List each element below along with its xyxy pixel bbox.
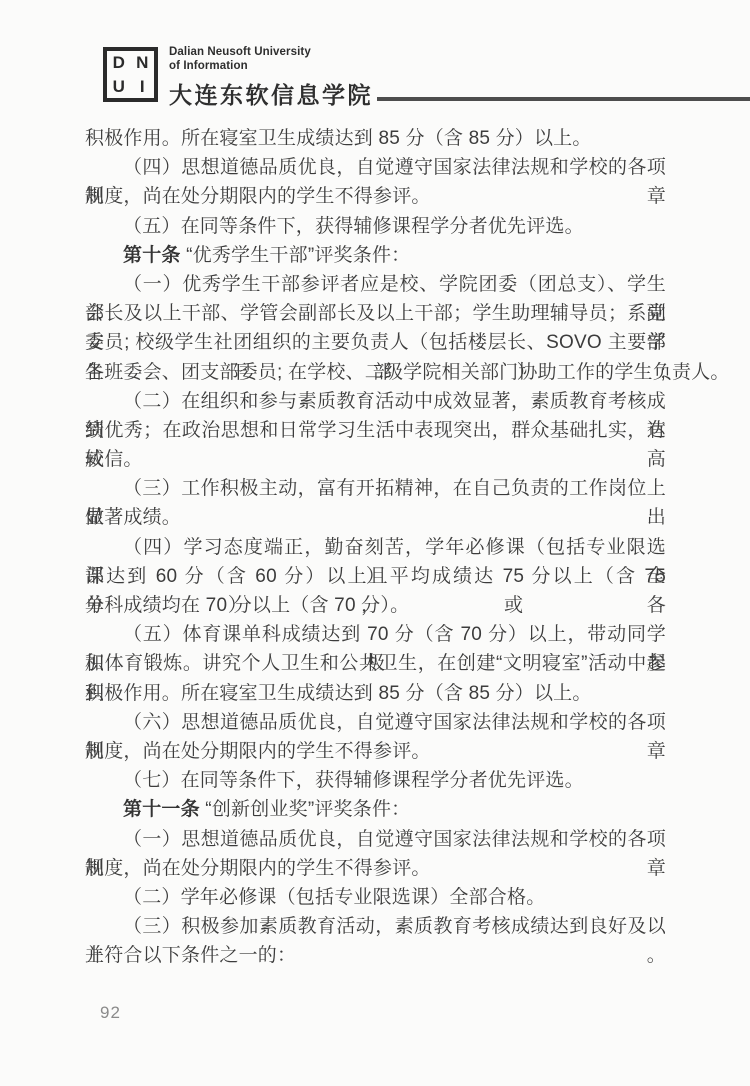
article-number-bold: 第十一条 [123,799,200,820]
text-line: （五）体育课单科成绩达到 70 分（含 70 分）以上，带动同学积极参 [85,620,666,649]
text-line: （三）积极参加素质教育活动，素质教育考核成绩达到良好及以上。 [85,912,666,941]
page-header: D N U I Dalian Neusoft University of Inf… [0,0,750,110]
text-line: 委员; 校级学生社团组织的主要负责人（包括楼层长、SOVO 主要学生干部）; [85,328,666,357]
text-line: （二）学年必修课（包括专业限选课）全部合格。 [85,883,666,912]
text-line: （二）在组织和参与素质教育活动中成效显著，素质教育考核成绩达 [85,387,666,416]
logo-letter: U [113,78,125,95]
text-line: 第十条 “优秀学生干部”评奖条件： [85,241,666,270]
document-page: D N U I Dalian Neusoft University of Inf… [0,0,750,1086]
text-line: （一）优秀学生干部参评者应是校、学院团委（团总支）、学生会副 [85,270,666,299]
logo-letter: I [140,78,145,95]
university-name-chinese: 大连东软信息学院 [169,77,373,110]
university-name-english-line1: Dalian Neusoft University [169,46,373,60]
text-line: 各班委会、团支部委员; 在学校、二级学院相关部门协助工作的学生负责人。 [85,358,666,387]
university-name-english-line2: of Information [169,60,373,74]
text-line: （一）思想道德品质优良，自觉遵守国家法律法规和学校的各项规章 [85,825,666,854]
text-line: （三）工作积极主动，富有开拓精神，在自己负责的工作岗位上做出 [85,474,666,503]
page-number: 92 [100,1003,121,1023]
article-number-bold: 第十条 [123,245,181,266]
text-line: 到优秀；在政治思想和日常学习生活中表现突出，群众基础扎实，有较高 [85,416,666,445]
document-body-text: 积极作用。所在寝室卫生成绩达到 85 分（含 85 分）以上。（四）思想道德品质… [85,124,666,970]
text-line: 积极作用。所在寝室卫生成绩达到 85 分（含 85 分）以上。 [85,679,666,708]
logo-letter: D [113,54,125,71]
header-divider-line [377,97,750,101]
dnui-logo-icon: D N U I [103,47,158,102]
text-line: 积极作用。所在寝室卫生成绩达到 85 分（含 85 分）以上。 [85,124,666,153]
logo-letter: N [136,54,148,71]
text-line: 部长及以上干部、学管会副部长及以上干部；学生助理辅导员；系党支部 [85,299,666,328]
text-line: （五）在同等条件下，获得辅修课程学分者优先评选。 [85,212,666,241]
text-line: （四）学习态度端正，勤奋刻苦，学年必修课（包括专业限选课）全 [85,533,666,562]
text-line: 部达到 60 分（含 60 分）以上且平均成绩达 75 分以上（含 75 分），… [85,562,666,591]
text-line: （七）在同等条件下，获得辅修课程学分者优先评选。 [85,766,666,795]
text-line: （四）思想道德品质优良，自觉遵守国家法律法规和学校的各项规章 [85,153,666,182]
text-line: 第十一条 “创新创业奖”评奖条件： [85,795,666,824]
university-name-block: Dalian Neusoft University of Information… [169,46,373,110]
text-line: （六）思想道德品质优良，自觉遵守国家法律法规和学校的各项规章 [85,708,666,737]
text-line: 加体育锻炼。讲究个人卫生和公共卫生，在创建“文明寝室”活动中起到 [85,649,666,678]
